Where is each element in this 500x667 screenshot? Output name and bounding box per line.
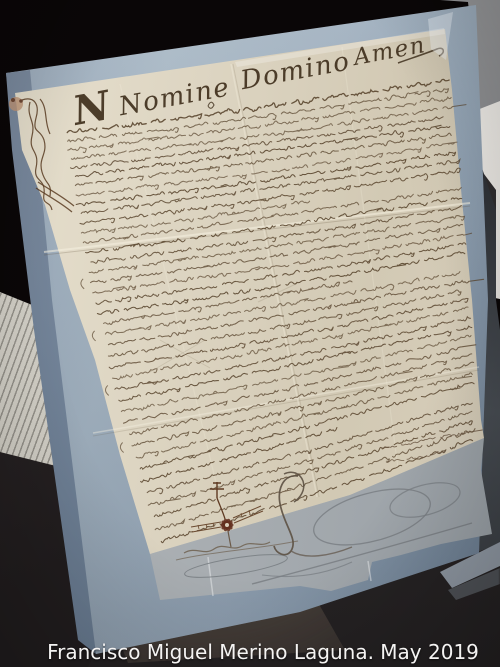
photo-vignette	[0, 0, 500, 667]
museum-photo: NNomineDominoAmen Francisco Miguel Merin…	[0, 0, 500, 667]
photo-caption: Francisco Miguel Merino Laguna. May 2019	[0, 640, 500, 664]
